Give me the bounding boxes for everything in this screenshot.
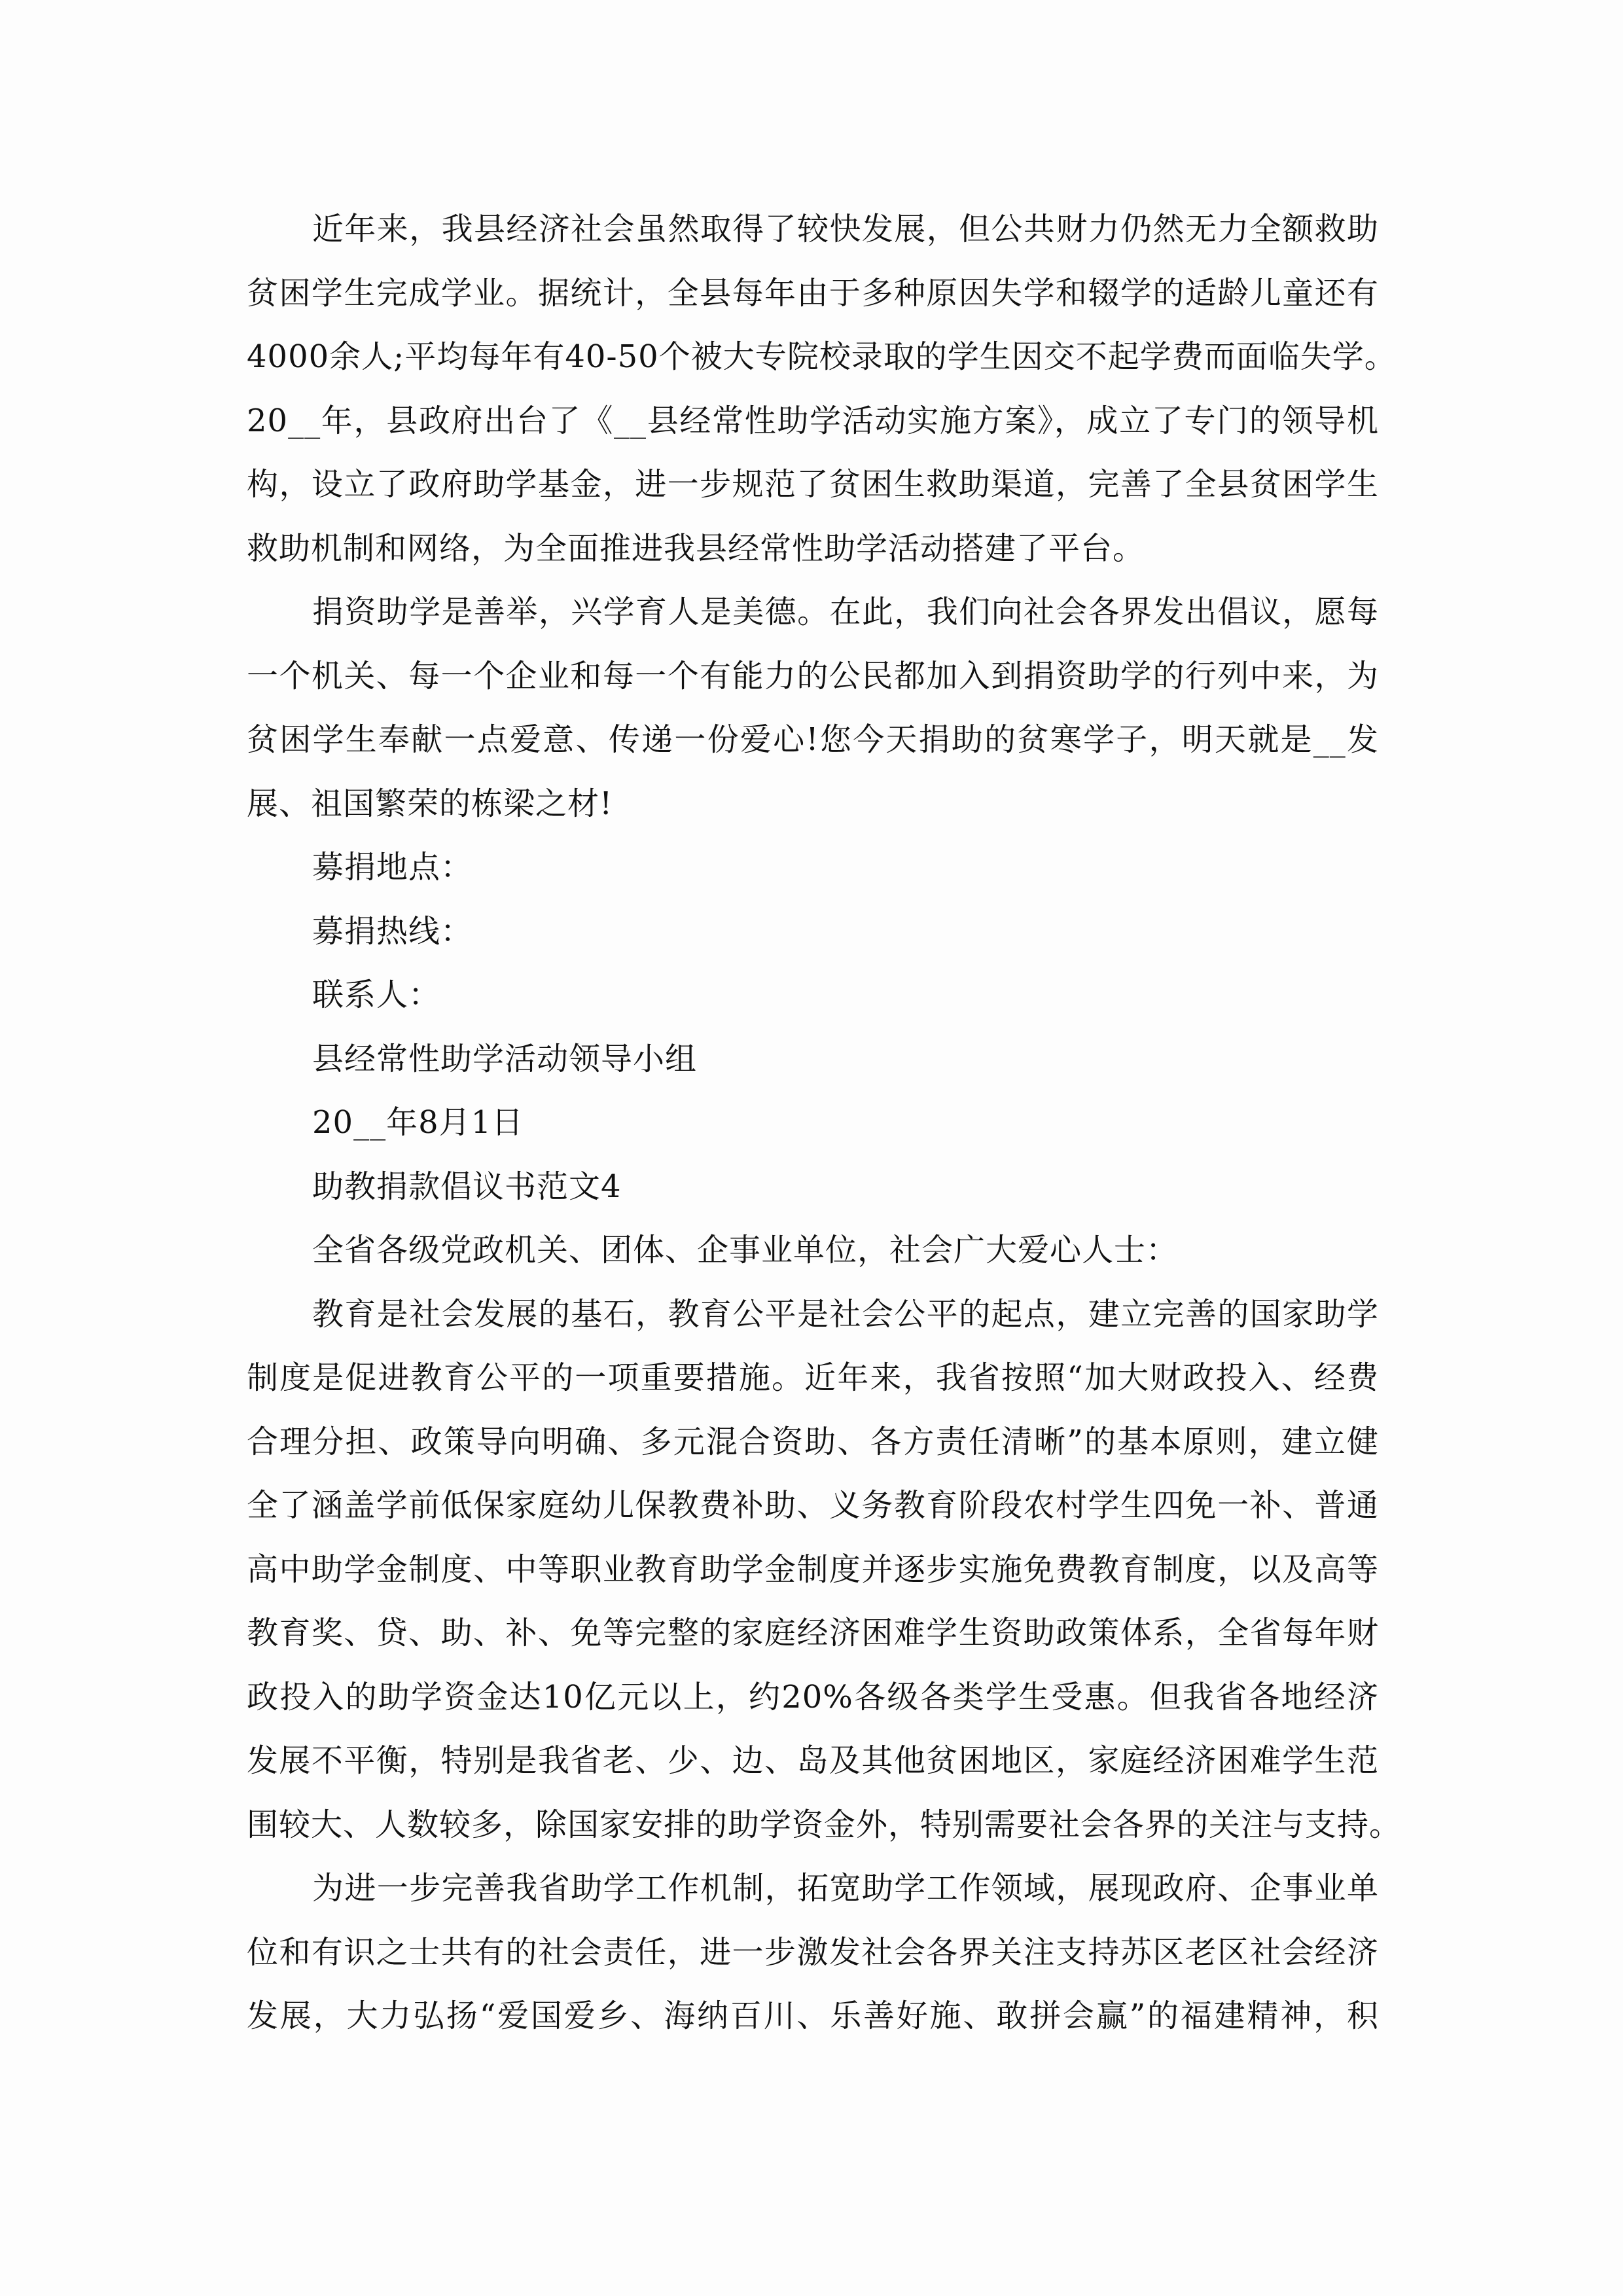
- paragraph-line: 教育奖、贷、助、补、免等完整的家庭经济困难学生资助政策体系，全省每年财: [247, 1602, 1379, 1666]
- paragraph-line: 近年来，我县经济社会虽然取得了较快发展，但公共财力仍然无力全额救助: [247, 198, 1379, 262]
- paragraph-initiative: 为进一步完善我省助学工作机制，拓宽助学工作领域，展现政府、企事业单 位和有识之士…: [247, 1857, 1379, 2049]
- paragraph-background: 近年来，我县经济社会虽然取得了较快发展，但公共财力仍然无力全额救助 贫困学生完成…: [247, 198, 1379, 581]
- paragraph-line: 为进一步完善我省助学工作机制，拓宽助学工作领域，展现政府、企事业单: [247, 1857, 1379, 1921]
- paragraph-line: 捐资助学是善举，兴学育人是美德。在此，我们向社会各界发出倡议，愿每: [247, 581, 1379, 645]
- paragraph-line: 位和有识之士共有的社会责任，进一步激发社会各界关注支持苏区老区社会经济: [247, 1921, 1379, 1985]
- paragraph-line: 全了涵盖学前低保家庭幼儿保教费补助、义务教育阶段农村学生四免一补、普通: [247, 1474, 1379, 1538]
- signature-date: 20__年8月1日: [247, 1091, 1379, 1155]
- fundraising-location-label: 募捐地点：: [247, 836, 1379, 900]
- paragraph-line: 20__年，县政府出台了《__县经常性助学活动实施方案》，成立了专门的领导机: [247, 389, 1379, 454]
- signature-block: 县经常性助学活动领导小组 20__年8月1日: [247, 1028, 1379, 1155]
- fundraising-hotline-label: 募捐热线：: [247, 900, 1379, 964]
- signature-organization: 县经常性助学活动领导小组: [247, 1028, 1379, 1092]
- paragraph-line: 制度是促进教育公平的一项重要措施。近年来，我省按照“加大财政投入、经费: [247, 1346, 1379, 1410]
- fundraising-info: 募捐地点： 募捐热线： 联系人：: [247, 836, 1379, 1028]
- paragraph-line: 政投入的助学资金达10亿元以上，约20%各级各类学生受惠。但我省各地经济: [247, 1666, 1379, 1730]
- paragraph-line: 4000余人;平均每年有40-50个被大专院校录取的学生因交不起学费而面临失学。: [247, 325, 1379, 389]
- paragraph-line: 救助机制和网络，为全面推进我县经常性助学活动搭建了平台。: [247, 517, 1379, 581]
- document-page: 近年来，我县经济社会虽然取得了较快发展，但公共财力仍然无力全额救助 贫困学生完成…: [0, 0, 1623, 2296]
- paragraph-appeal: 捐资助学是善举，兴学育人是美德。在此，我们向社会各界发出倡议，愿每 一个机关、每…: [247, 581, 1379, 836]
- paragraph-line: 构，设立了政府助学基金，进一步规范了贫困生救助渠道，完善了全县贫困学生: [247, 453, 1379, 517]
- paragraph-line: 发展不平衡，特别是我省老、少、边、岛及其他贫困地区，家庭经济困难学生范: [247, 1729, 1379, 1793]
- paragraph-line: 一个机关、每一个企业和每一个有能力的公民都加入到捐资助学的行列中来，为: [247, 645, 1379, 709]
- paragraph-education-policy: 教育是社会发展的基石，教育公平是社会公平的起点，建立完善的国家助学 制度是促进教…: [247, 1283, 1379, 1857]
- paragraph-line: 教育是社会发展的基石，教育公平是社会公平的起点，建立完善的国家助学: [247, 1283, 1379, 1347]
- paragraph-line: 合理分担、政策导向明确、多元混合资助、各方责任清晰”的基本原则，建立健: [247, 1410, 1379, 1475]
- contact-person-label: 联系人：: [247, 963, 1379, 1028]
- document-body: 近年来，我县经济社会虽然取得了较快发展，但公共财力仍然无力全额救助 贫困学生完成…: [247, 198, 1379, 2049]
- paragraph-line: 展、祖国繁荣的栋梁之材!: [247, 772, 1379, 836]
- section-title: 助教捐款倡议书范文4: [247, 1155, 1379, 1219]
- paragraph-line: 贫困学生完成学业。据统计，全县每年由于多种原因失学和辍学的适龄儿童还有: [247, 262, 1379, 326]
- paragraph-line: 贫困学生奉献一点爱意、传递一份爱心!您今天捐助的贫寒学子，明天就是__发: [247, 708, 1379, 772]
- salutation: 全省各级党政机关、团体、企事业单位，社会广大爱心人士：: [247, 1219, 1379, 1283]
- paragraph-line: 围较大、人数较多，除国家安排的助学资金外，特别需要社会各界的关注与支持。: [247, 1793, 1379, 1857]
- paragraph-line: 高中助学金制度、中等职业教育助学金制度并逐步实施免费教育制度，以及高等: [247, 1538, 1379, 1602]
- paragraph-line: 发展，大力弘扬“爱国爱乡、海纳百川、乐善好施、敢拼会赢”的福建精神，积: [247, 1984, 1379, 2049]
